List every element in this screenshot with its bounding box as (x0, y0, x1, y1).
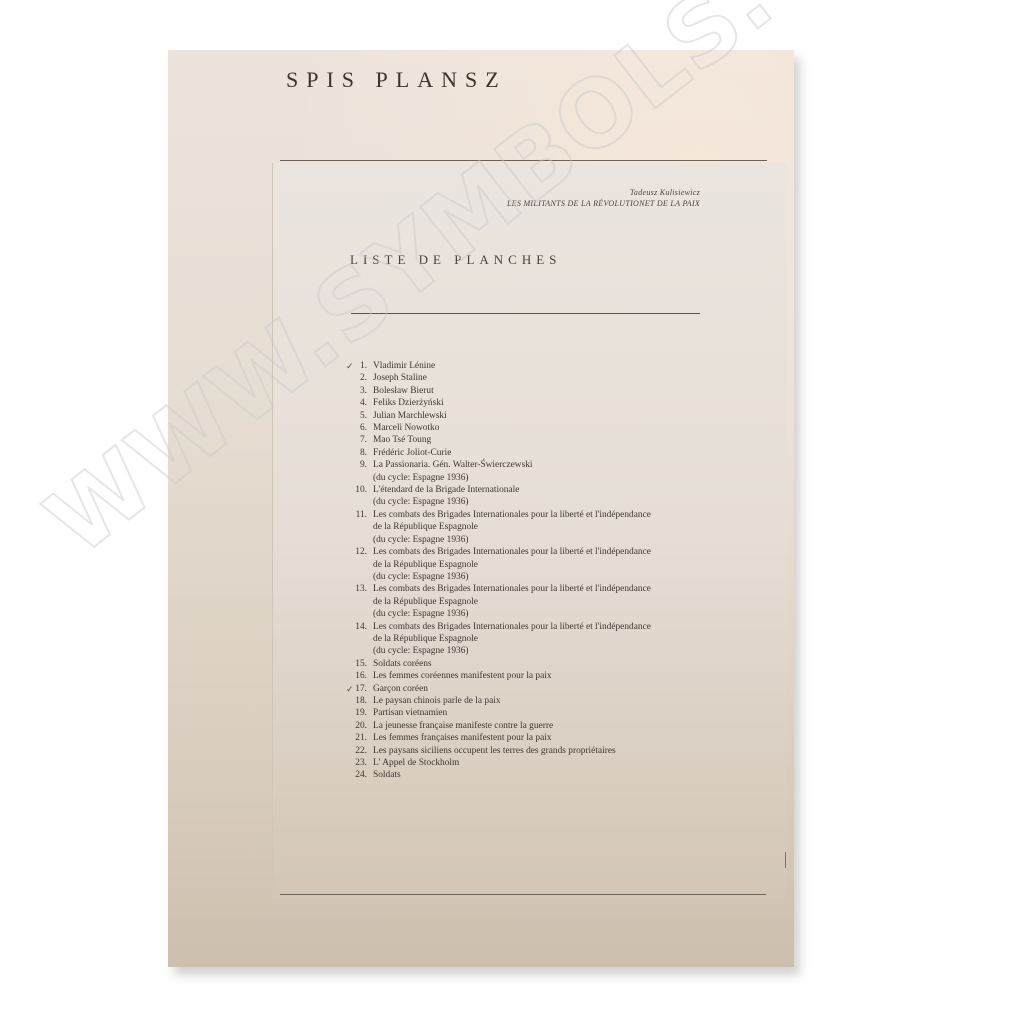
outer-page-title: SPIS PLANSZ (286, 67, 507, 93)
plate-list-item: 4.Feliks Dzierżyński (340, 397, 712, 409)
plate-list-item: 20.La jeunesse française manifeste contr… (340, 720, 712, 732)
plate-title-line: Les femmes françaises manifestent pour l… (373, 732, 712, 744)
plate-number: 15. (340, 658, 373, 670)
plate-title-line: Les combats des Brigades Internationales… (373, 546, 712, 558)
plate-number: 14. (340, 621, 373, 658)
plate-title-line: Soldats (373, 769, 712, 781)
plate-list-item: 5.Julian Marchlewski (340, 410, 712, 422)
plate-title-line: Mao Tsé Toung (373, 434, 712, 446)
plate-title: Les combats des Brigades Internationales… (373, 509, 712, 546)
credit-work-title: LES MILITANTS DE LA RÉVOLUTIONET DE LA P… (507, 198, 700, 209)
plate-number: 16. (340, 670, 373, 682)
plate-title: La jeunesse française manifeste contre l… (373, 720, 712, 732)
plate-title-line: Les combats des Brigades Internationales… (373, 583, 712, 595)
plate-title: L'étendard de la Brigade Internationale(… (373, 484, 712, 509)
plate-title: Garçon coréen (373, 683, 712, 695)
plate-title-line: Partisan vietnamien (373, 707, 712, 719)
plate-number: 18. (340, 695, 373, 707)
plate-number: 5. (340, 410, 373, 422)
plate-number: 10. (340, 484, 373, 509)
plate-number: 6. (340, 422, 373, 434)
plate-list: 1.✓Vladimir Lénine2.Joseph Staline3.Bole… (340, 360, 712, 782)
plate-title-line: La Passionaria. Gén. Walter-Świerczewski (373, 459, 712, 471)
plate-title-line: La jeunesse française manifeste contre l… (373, 720, 712, 732)
plate-list-item: 1.✓Vladimir Lénine (340, 360, 712, 372)
plate-list-item: 23.L' Appel de Stockholm (340, 757, 712, 769)
plate-title: Les femmes françaises manifestent pour l… (373, 732, 712, 744)
credit-block: Tadeusz Kulisiewicz LES MILITANTS DE LA … (507, 187, 700, 209)
plate-title-line: Vladimir Lénine (373, 360, 712, 372)
plate-title: Partisan vietnamien (373, 707, 712, 719)
plate-title-line: L'étendard de la Brigade Internationale (373, 484, 712, 496)
plate-list-item: 9.La Passionaria. Gén. Walter-Świerczews… (340, 459, 712, 484)
plate-list-item: 2.Joseph Staline (340, 372, 712, 384)
plate-list-item: 18.Le paysan chinois parle de la paix (340, 695, 712, 707)
plate-number: 2. (340, 372, 373, 384)
plate-title: Bolesław Bierut (373, 385, 712, 397)
plate-list-item: 12.Les combats des Brigades Internationa… (340, 546, 712, 583)
plate-title-line: Julian Marchlewski (373, 410, 712, 422)
plate-title-line: Les femmes coréennes manifestent pour la… (373, 670, 712, 682)
plate-title-line: (du cycle: Espagne 1936) (373, 608, 712, 620)
plate-number: 22. (340, 745, 373, 757)
plate-title: La Passionaria. Gén. Walter-Świerczewski… (373, 459, 712, 484)
plate-list-item: 22.Les paysans siciliens occupent les te… (340, 745, 712, 757)
plate-title-line: (du cycle: Espagne 1936) (373, 534, 712, 546)
plate-title-line: Joseph Staline (373, 372, 712, 384)
plate-title: Frédéric Joliot-Curie (373, 447, 712, 459)
plate-list-item: 15.Soldats coréens (340, 658, 712, 670)
plate-list-item: 3.Bolesław Bierut (340, 385, 712, 397)
plate-list-item: 21.Les femmes françaises manifestent pou… (340, 732, 712, 744)
plate-title-line: L' Appel de Stockholm (373, 757, 712, 769)
plate-title-line: Frédéric Joliot-Curie (373, 447, 712, 459)
plate-title-line: (du cycle: Espagne 1936) (373, 472, 712, 484)
plate-number: 17.✓ (340, 683, 373, 695)
plate-title: L' Appel de Stockholm (373, 757, 712, 769)
plate-number: 20. (340, 720, 373, 732)
plate-list-item: 13.Les combats des Brigades Internationa… (340, 583, 712, 620)
list-title-rule (351, 313, 700, 314)
plate-list-item: 6.Marceli Nowotko (340, 422, 712, 434)
plate-list-item: 16.Les femmes coréennes manifestent pour… (340, 670, 712, 682)
plate-title: Marceli Nowotko (373, 422, 712, 434)
plate-number: 23. (340, 757, 373, 769)
plate-title: Vladimir Lénine (373, 360, 712, 372)
plate-title-line: de la République Espagnole (373, 633, 712, 645)
plate-title-line: Marceli Nowotko (373, 422, 712, 434)
plate-title-line: de la République Espagnole (373, 521, 712, 533)
plate-list-item: 19.Partisan vietnamien (340, 707, 712, 719)
plate-list-item: 10.L'étendard de la Brigade Internationa… (340, 484, 712, 509)
plate-title: Les combats des Brigades Internationales… (373, 583, 712, 620)
plate-title-line: (du cycle: Espagne 1936) (373, 496, 712, 508)
plate-list-item: 14.Les combats des Brigades Internationa… (340, 621, 712, 658)
plate-number: 9. (340, 459, 373, 484)
plate-title-line: Les paysans siciliens occupent les terre… (373, 745, 712, 757)
plate-title: Soldats coréens (373, 658, 712, 670)
plate-title-line: (du cycle: Espagne 1936) (373, 571, 712, 583)
list-title: LISTE DE PLANCHES (350, 252, 561, 268)
plate-title: Feliks Dzierżyński (373, 397, 712, 409)
plate-title-line: Les combats des Brigades Internationales… (373, 621, 712, 633)
plate-title-line: Feliks Dzierżyński (373, 397, 712, 409)
top-rule (280, 160, 767, 161)
plate-title-line: Bolesław Bierut (373, 385, 712, 397)
plate-number: 24. (340, 769, 373, 781)
plate-title: Mao Tsé Toung (373, 434, 712, 446)
plate-title: Le paysan chinois parle de la paix (373, 695, 712, 707)
plate-title: Les femmes coréennes manifestent pour la… (373, 670, 712, 682)
plate-number: 4. (340, 397, 373, 409)
plate-number: 1.✓ (340, 360, 373, 372)
plate-title: Julian Marchlewski (373, 410, 712, 422)
plate-list-item: 8.Frédéric Joliot-Curie (340, 447, 712, 459)
plate-number: 21. (340, 732, 373, 744)
plate-number: 12. (340, 546, 373, 583)
plate-title: Les combats des Brigades Internationales… (373, 621, 712, 658)
plate-number: 11. (340, 509, 373, 546)
plate-title: Soldats (373, 769, 712, 781)
handwritten-check-icon: ✓ (346, 360, 354, 372)
bottom-rule (280, 894, 766, 895)
plate-number: 8. (340, 447, 373, 459)
plate-title: Les paysans siciliens occupent les terre… (373, 745, 712, 757)
plate-number: 3. (340, 385, 373, 397)
plate-title-line: de la République Espagnole (373, 559, 712, 571)
plate-title-line: (du cycle: Espagne 1936) (373, 645, 712, 657)
plate-title-line: Le paysan chinois parle de la paix (373, 695, 712, 707)
plate-list-item: 7.Mao Tsé Toung (340, 434, 712, 446)
credit-author: Tadeusz Kulisiewicz (507, 187, 700, 198)
plate-number: 19. (340, 707, 373, 719)
plate-number: 13. (340, 583, 373, 620)
handwritten-check-icon: ✓ (346, 683, 354, 695)
plate-list-item: 11.Les combats des Brigades Internationa… (340, 509, 712, 546)
plate-title-line: Garçon coréen (373, 683, 712, 695)
plate-title: Les combats des Brigades Internationales… (373, 546, 712, 583)
plate-list-item: 17.✓Garçon coréen (340, 683, 712, 695)
corner-mark (785, 852, 786, 868)
plate-number: 7. (340, 434, 373, 446)
plate-title-line: de la République Espagnole (373, 596, 712, 608)
plate-title: Joseph Staline (373, 372, 712, 384)
plate-list-item: 24.Soldats (340, 769, 712, 781)
plate-title-line: Les combats des Brigades Internationales… (373, 509, 712, 521)
plate-title-line: Soldats coréens (373, 658, 712, 670)
